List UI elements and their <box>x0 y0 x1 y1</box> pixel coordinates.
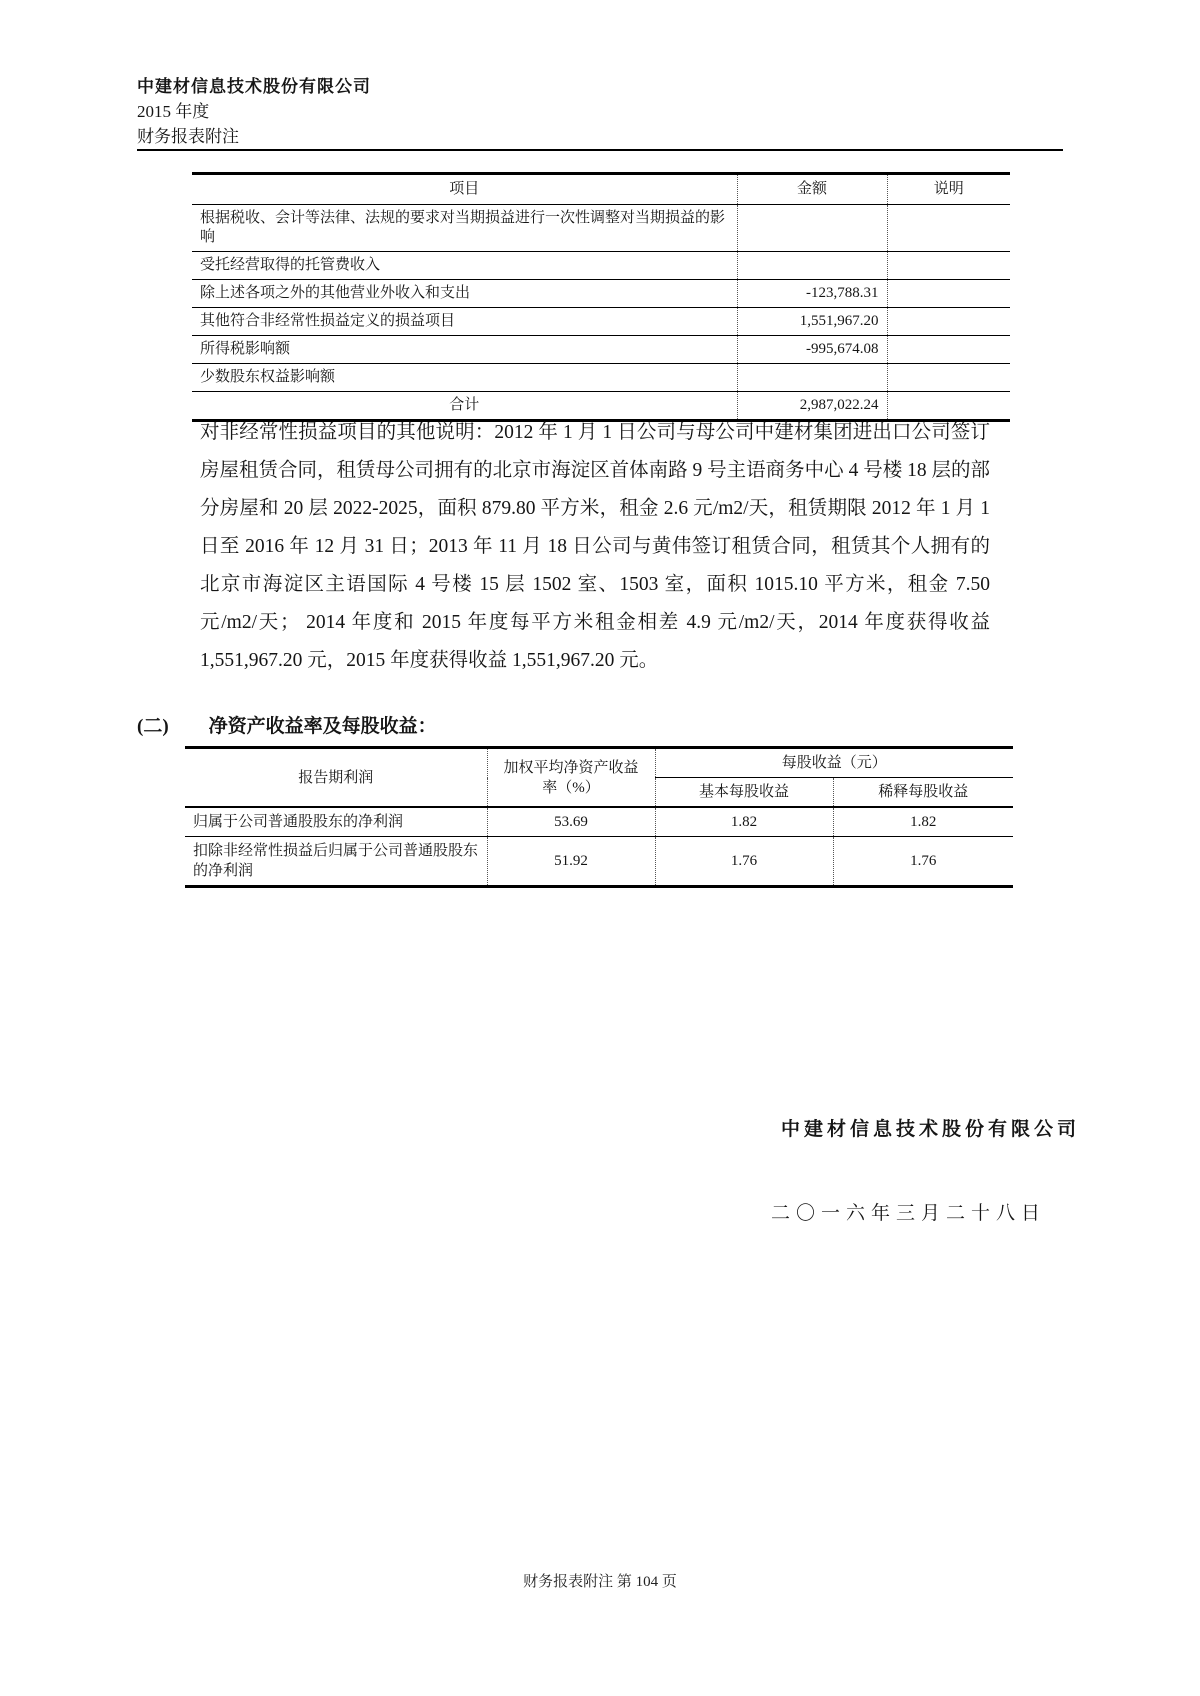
t1-row-note <box>887 308 1010 336</box>
t1-row-amount <box>737 364 887 392</box>
t2-header-roe-line1: 加权平均净资产收益 <box>496 758 647 778</box>
t2-row-eps-diluted: 1.76 <box>833 837 1013 887</box>
table-row: 所得税影响额 -995,674.08 <box>192 336 1010 364</box>
table-row: 除上述各项之外的其他营业外收入和支出 -123,788.31 <box>192 280 1010 308</box>
table-row: 根据税收、会计等法律、法规的要求对当期损益进行一次性调整对当期损益的影响 <box>192 205 1010 252</box>
t2-header-eps-diluted: 稀释每股收益 <box>833 778 1013 808</box>
t1-row-item: 所得税影响额 <box>192 336 737 364</box>
t2-row-roe: 51.92 <box>487 837 655 887</box>
t1-row-note <box>887 280 1010 308</box>
t2-row-eps-basic: 1.76 <box>655 837 833 887</box>
table-row: 少数股东权益影响额 <box>192 364 1010 392</box>
t2-row-profit: 归属于公司普通股股东的净利润 <box>185 807 487 837</box>
non-recurring-note-paragraph: 对非经常性损益项目的其他说明：2012 年 1 月 1 日公司与母公司中建材集团… <box>200 414 990 680</box>
header-period: 2015 年度 <box>137 99 371 124</box>
section-title: 净资产收益率及每股收益： <box>209 716 437 737</box>
table-row: 归属于公司普通股股东的净利润 53.69 1.82 1.82 <box>185 807 1013 837</box>
t2-header-row-1: 报告期利润 加权平均净资产收益 率（%） 每股收益（元） <box>185 748 1013 778</box>
t1-column-amount: 金额 <box>737 174 887 205</box>
page-footer: 财务报表附注 第 104 页 <box>0 1570 1200 1591</box>
t1-row-amount <box>737 205 887 252</box>
table-row: 受托经营取得的托管费收入 <box>192 252 1010 280</box>
signature-date: 二〇一六年三月二十八日 <box>771 1198 1046 1225</box>
section-heading: (二)净资产收益率及每股收益： <box>137 711 437 738</box>
t1-row-note <box>887 205 1010 252</box>
table-row: 扣除非经常性损益后归属于公司普通股股东的净利润 51.92 1.76 1.76 <box>185 837 1013 887</box>
t2-header-roe: 加权平均净资产收益 率（%） <box>487 748 655 808</box>
table-header-row: 项目 金额 说明 <box>192 174 1010 205</box>
header-doc-type: 财务报表附注 <box>137 124 371 149</box>
document-header: 中建材信息技术股份有限公司 2015 年度 财务报表附注 <box>137 74 371 149</box>
t1-row-amount: -123,788.31 <box>737 280 887 308</box>
t1-row-note <box>887 364 1010 392</box>
document-page: 中建材信息技术股份有限公司 2015 年度 财务报表附注 项目 金额 说明 根据… <box>0 0 1200 1696</box>
t1-row-item: 其他符合非经常性损益定义的损益项目 <box>192 308 737 336</box>
t2-header-eps-group: 每股收益（元） <box>655 748 1013 778</box>
signature-company: 中建材信息技术股份有限公司 <box>781 1114 1080 1141</box>
t2-row-eps-diluted: 1.82 <box>833 807 1013 837</box>
t1-row-item: 根据税收、会计等法律、法规的要求对当期损益进行一次性调整对当期损益的影响 <box>192 205 737 252</box>
t1-column-note: 说明 <box>887 174 1010 205</box>
header-divider <box>137 149 1063 151</box>
t1-row-amount: -995,674.08 <box>737 336 887 364</box>
t2-row-eps-basic: 1.82 <box>655 807 833 837</box>
t2-row-roe: 53.69 <box>487 807 655 837</box>
section-marker: (二) <box>137 716 169 737</box>
t1-row-amount <box>737 252 887 280</box>
t1-row-item: 受托经营取得的托管费收入 <box>192 252 737 280</box>
t1-column-item: 项目 <box>192 174 737 205</box>
non-recurring-items-table: 项目 金额 说明 根据税收、会计等法律、法规的要求对当期损益进行一次性调整对当期… <box>192 172 1010 422</box>
t2-row-profit: 扣除非经常性损益后归属于公司普通股股东的净利润 <box>185 837 487 887</box>
table-row: 其他符合非经常性损益定义的损益项目 1,551,967.20 <box>192 308 1010 336</box>
t1-row-note <box>887 252 1010 280</box>
t1-row-item: 少数股东权益影响额 <box>192 364 737 392</box>
t2-header-eps-basic: 基本每股收益 <box>655 778 833 808</box>
t1-row-amount: 1,551,967.20 <box>737 308 887 336</box>
t2-header-roe-line2: 率（%） <box>496 778 647 798</box>
header-company-name: 中建材信息技术股份有限公司 <box>137 74 371 99</box>
t2-header-profit: 报告期利润 <box>185 748 487 808</box>
t1-row-note <box>887 336 1010 364</box>
t1-row-item: 除上述各项之外的其他营业外收入和支出 <box>192 280 737 308</box>
roe-eps-table: 报告期利润 加权平均净资产收益 率（%） 每股收益（元） 基本每股收益 稀释每股… <box>185 746 1013 888</box>
